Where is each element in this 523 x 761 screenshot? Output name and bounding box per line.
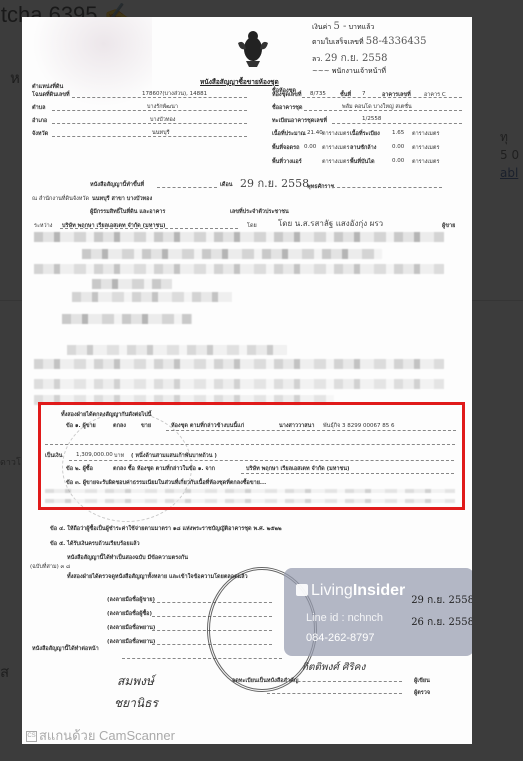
camscanner-icon: CS xyxy=(26,731,37,742)
document-text: ตำแหน่งที่ดิน xyxy=(32,83,63,91)
document-text: ข้อ ๕. ได้รับเงินครบถ้วนเรียบร้อยแล้ว xyxy=(50,540,140,548)
document-text: (ลงลายมือชื่อพยาน) xyxy=(107,638,155,646)
document-text: ณ สำนักงานที่ดินจังหวัด xyxy=(32,195,89,203)
document-text: ผู้ตรวจ xyxy=(414,689,430,697)
document-text: เนื้อที่ประมาณ xyxy=(272,130,306,138)
dotted-line xyxy=(45,444,455,445)
document-text: บางบัวทอง xyxy=(150,116,175,124)
document-text: พื้นที่จอดรถ xyxy=(272,144,299,152)
document-text: ตารางเมตร xyxy=(412,158,439,166)
document-title: หนังสือสัญญาซื้อขายห้องชุด xyxy=(200,77,279,87)
document-text: ทะเบียนอาคารชุดเลขที่ xyxy=(272,117,327,125)
redacted-block xyxy=(34,232,444,242)
document-text: 1.65 xyxy=(392,130,404,136)
document-text: ข้อ ๔. ให้ถือว่าผู้ซื้อเป็นผู้ชำระค่าใช้… xyxy=(50,525,282,533)
document-text: (ลงลายมือชื่อผู้ซื้อ) xyxy=(107,610,152,618)
document-text: ผู้มีกรรมสิทธิ์ในที่ดิน และอาคาร xyxy=(90,208,165,216)
document-text: ตำบล xyxy=(32,104,46,112)
receipt-number: 58-4336435 xyxy=(366,36,427,47)
document-text: หนังสือสัญญานี้ทำขึ้นที่ xyxy=(90,181,144,189)
buyer-name: นางสาววาสนา xyxy=(279,422,314,430)
document-text: ระหว่าง xyxy=(34,222,52,230)
document-text: (ลงลายมือชื่อผู้ขาย) xyxy=(107,596,155,604)
dotted-line xyxy=(304,110,462,111)
document-text: อำเภอ xyxy=(32,117,47,125)
dotted-line xyxy=(332,187,442,188)
dotted-line xyxy=(302,97,462,98)
dotted-line xyxy=(60,228,238,229)
document-text: เป็นเงิน xyxy=(45,452,62,460)
dotted-line xyxy=(166,430,456,431)
document-text: (ลงลายมือชื่อพยาน) xyxy=(107,624,155,632)
document-text: 0.00 xyxy=(392,158,404,164)
document-text: หนังสือสัญญานี้ได้ทำต่อหน้า xyxy=(32,645,99,653)
watermark-line-id: Line id : nchnch xyxy=(306,612,383,624)
document-text: 21.40 xyxy=(307,130,323,136)
document-text: ชื่ออาคารชุด xyxy=(272,104,302,112)
document-text: ตารางเมตร xyxy=(322,130,349,138)
document-text: โดย xyxy=(247,222,257,230)
signature-2: ชยานิธร xyxy=(114,694,158,713)
document-text: ตกลง ซื้อ ห้องชุด ตามที่กล่าวในข้อ ๑. จา… xyxy=(113,465,215,473)
watermark-phone: 084-262-8797 xyxy=(306,632,375,644)
document-text: ผู้ขาย xyxy=(442,222,455,230)
document-text: เลขที่ประจำตัวประชาชน xyxy=(230,208,289,216)
document-text: เนื้อที่ระเบียง xyxy=(350,130,380,138)
dotted-line xyxy=(52,136,247,137)
document-text: พื้นที่บันได xyxy=(350,158,375,166)
screen: itcha 6395 ✍ ห ทุ 5 0 abl ดาวโ ส เงินค่า… xyxy=(0,0,523,761)
document-text: หนังสือสัญญานี้ได้ทำเป็นสองฉบับ มีข้อควา… xyxy=(67,554,188,562)
contract-date: 29 ก.ย. 2558 xyxy=(240,174,309,192)
document-text: ทั้งสองฝ่ายได้ตรวจดูหนังสือสัญญาทั้งหลาย… xyxy=(67,573,248,581)
sale-price: 1,309,000.00 xyxy=(76,452,113,458)
document-text: บาท xyxy=(114,452,124,460)
document-text: (ฉบับที่สาม) ๓ ๘ xyxy=(30,563,70,571)
document-text: ตกลง xyxy=(113,422,126,430)
living-insider-watermark: 29 ก.ย. 2558 26 ก.ย. 2558 LivingInsider … xyxy=(284,568,472,656)
document-text: บริษัท พฤกษา เรียลเอสเตท จำกัด (มหาชน) xyxy=(246,465,349,473)
dotted-line xyxy=(267,693,402,694)
document-text: พุทธศักราช xyxy=(307,183,334,191)
garuda-emblem-icon xyxy=(236,29,270,67)
dotted-line xyxy=(69,460,454,461)
highlight-box: ทั้งสองฝ่ายได้ตกลงสัญญากันดังต่อไปนี้ ข้… xyxy=(38,402,465,510)
document-text: ( หนึ่งล้านสามแสนเก้าพันบาทถ้วน ) xyxy=(131,452,217,460)
document-text: ตารางเมตร xyxy=(412,130,439,138)
document-text: บางรักพัฒนา xyxy=(147,103,178,111)
document-text: 0.00 xyxy=(392,144,404,150)
receipt-stamp: เงินค่า 5 - บาทแล้ว ตามใบเสร็จเลขที่ 58-… xyxy=(312,21,462,81)
document-text: ทั้งสองฝ่ายได้ตกลงสัญญากันดังต่อไปนี้ xyxy=(61,411,152,419)
dotted-line xyxy=(157,187,217,188)
document-text: ผู้เขียน xyxy=(414,677,430,685)
house-logo-icon xyxy=(296,584,308,596)
document-text: 17860?(บางส่วน), 14881 xyxy=(142,90,207,98)
signature-1: สมพงษ์ xyxy=(117,672,154,691)
document-text: พื้นที่วางแอร์ xyxy=(272,158,302,166)
receipt-date: 29 ก.ย. 2558 xyxy=(325,53,388,64)
document-text: นนทบุรี สาขา บางบัวทอง xyxy=(92,195,152,203)
document-text: เดือน xyxy=(220,181,233,189)
living-insider-logo: LivingInsider xyxy=(296,582,405,600)
document-text: ลานซักล้าง xyxy=(350,144,376,152)
dotted-line xyxy=(267,681,402,682)
document-text: ตารางเมตร xyxy=(412,144,439,152)
document-text: ข้อ ๒. ผู้ซื้อ xyxy=(66,465,93,473)
camscanner-footer: CSสแกนด้วย CamScanner xyxy=(26,725,175,744)
document-text: นนทบุรี xyxy=(152,129,170,137)
document-text: 1/2558 xyxy=(362,116,381,122)
document-text: ขาย xyxy=(141,422,151,430)
document-text: พันธุ์กิจ 3 8299 00067 85 6 xyxy=(323,422,395,430)
document-text: โฉนดที่ดินเลขที่ xyxy=(32,91,70,99)
document-text: ห้องชุด ตามที่กล่าวข้างบนนี้แก่ xyxy=(171,422,244,430)
document-text: ข้อ ๓. ผู้ขายจะรับผิดชอบค่าธรรมเนียมในส่… xyxy=(66,478,461,488)
officer-signature: กิตติพงศ์ ศิริคง xyxy=(302,660,365,675)
document-text: ห้องชุดเลขที่ xyxy=(272,91,302,99)
dotted-line xyxy=(241,473,454,474)
document-text: ตารางเมตร xyxy=(322,144,349,152)
dotted-line xyxy=(332,123,462,124)
contract-image: เงินค่า 5 - บาทแล้ว ตามใบเสร็จเลขที่ 58-… xyxy=(22,17,472,744)
document-text: ตารางเมตร xyxy=(322,158,349,166)
document-text: 0.00 xyxy=(304,144,316,150)
document-text: ข้อ ๑. ผู้ขาย xyxy=(66,422,96,430)
document-text: จังหวัด xyxy=(32,130,48,138)
